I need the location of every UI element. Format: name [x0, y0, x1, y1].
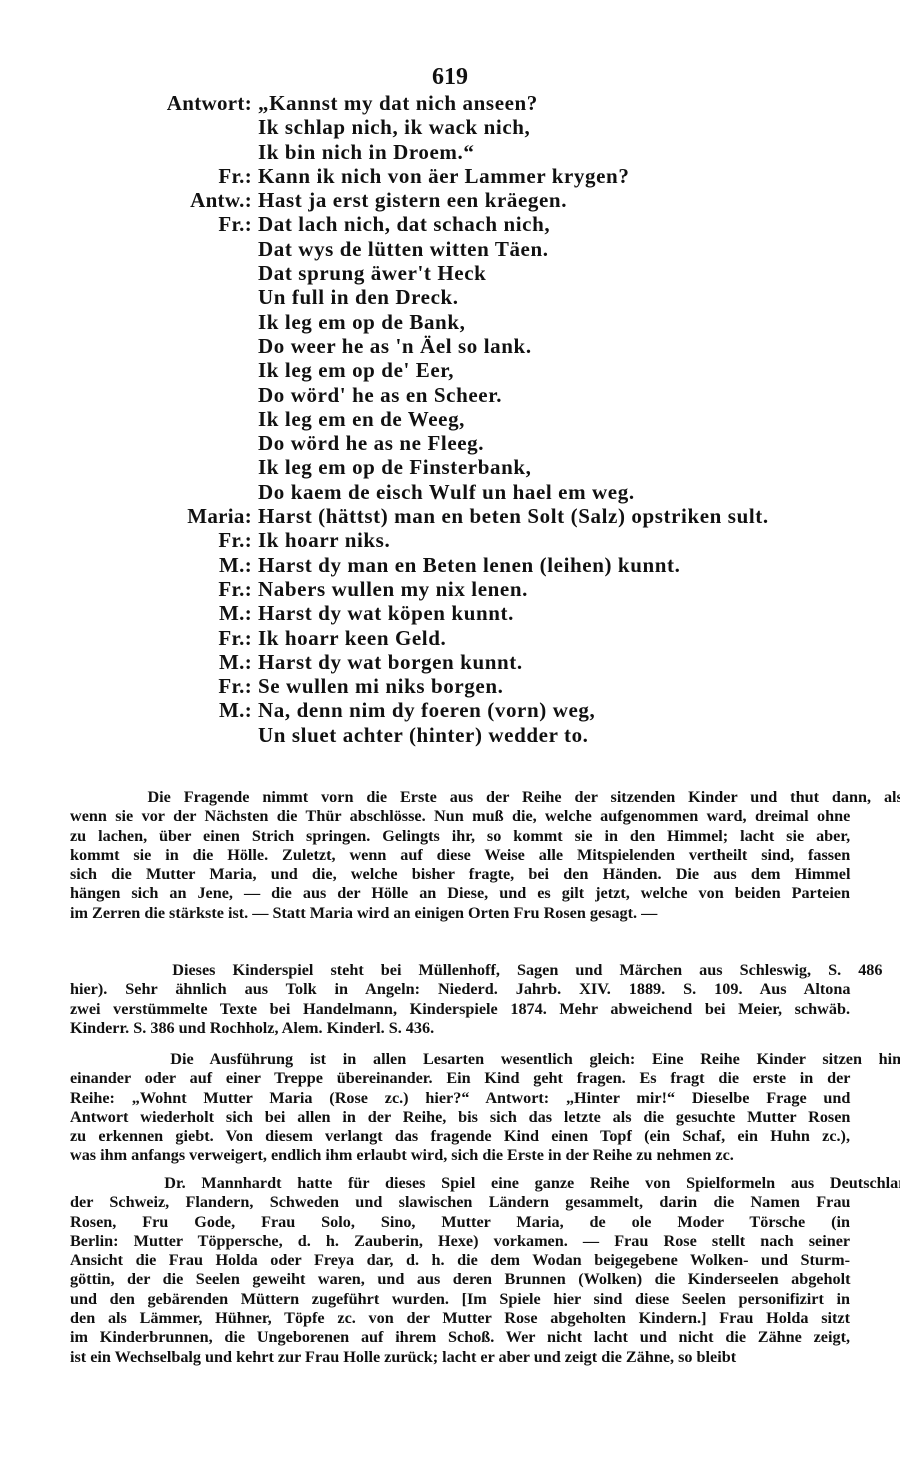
text-line: Reihe: „Wohnt Mutter Maria (Rose zc.) hi…	[70, 1089, 850, 1108]
verse-line: Dat wys de lütten witten Täen.	[0, 237, 900, 261]
verse-text: Ik hoarr keen Geld.	[258, 626, 446, 650]
verse-line: Ik leg em en de Weeg,	[0, 407, 900, 431]
verse-line: Antw.:Hast ja erst gistern een kräegen.	[0, 188, 900, 212]
text-line: was ihm anfangs verweigert, endlich ihm …	[70, 1146, 850, 1165]
text-line: Kinderr. S. 386 und Rochholz, Alem. Kind…	[70, 1019, 850, 1038]
text-line: einander oder auf einer Treppe übereinan…	[70, 1069, 850, 1088]
verse-text: Do wörd' he as en Scheer.	[258, 383, 502, 407]
text-line: zu erkennen giebt. Von diesem verlangt d…	[70, 1127, 850, 1146]
verse-text: Ik hoarr niks.	[258, 528, 390, 552]
text-line: Ansicht die Frau Holda oder Freya dar, d…	[70, 1251, 850, 1270]
paragraph-game-description: Die Fragende nimmt vorn die Erste aus de…	[70, 788, 850, 923]
speaker-label: Fr.:	[218, 212, 252, 236]
speaker-label: M.:	[219, 553, 252, 577]
verse-line: M.:Harst dy wat köpen kunnt.	[0, 601, 900, 625]
verse-text: Na, denn nim dy foeren (vorn) weg,	[258, 698, 595, 722]
text-line: den als Lämmer, Hühner, Töpfe zc. von de…	[70, 1309, 850, 1328]
speaker-label: Fr.:	[218, 528, 252, 552]
text-line: kommt sie in die Hölle. Zuletzt, wenn au…	[70, 846, 850, 865]
text-line: göttin, der die Seelen geweiht waren, un…	[70, 1270, 850, 1289]
verse-line: Fr.:Ik hoarr keen Geld.	[0, 626, 900, 650]
verse-line: Un full in den Dreck.	[0, 285, 900, 309]
verse-line: Ik bin nich in Droem.“	[0, 140, 900, 164]
verse-text: Dat wys de lütten witten Täen.	[258, 237, 549, 261]
speaker-label: M.:	[219, 650, 252, 674]
text-line: Berlin: Mutter Töppersche, d. h. Zauberi…	[70, 1232, 850, 1251]
verse-line: Do weer he as 'n Äel so lank.	[0, 334, 900, 358]
text-line: im Zerren die stärkste ist. — Statt Mari…	[70, 904, 850, 923]
verse-line: Antwort:„Kannst my dat nich anseen?	[0, 91, 900, 115]
text-line: hängen sich an Jene, — die aus der Hölle…	[70, 884, 850, 903]
page-number: 619	[0, 64, 900, 91]
verse-line: Un sluet achter (hinter) wedder to.	[0, 723, 900, 747]
text-line: Dr. Mannhardt hatte für dieses Spiel ein…	[70, 1174, 850, 1193]
text-line: zwei verstümmelte Texte bei Handelmann, …	[70, 1000, 850, 1019]
paragraph-execution: Die Ausführung ist in allen Lesarten wes…	[70, 1050, 850, 1166]
verse-line: M.:Na, denn nim dy foeren (vorn) weg,	[0, 698, 900, 722]
text-line: Dieses Kinderspiel steht bei Müllenhoff,…	[70, 961, 850, 980]
verse-text: Un sluet achter (hinter) wedder to.	[258, 723, 589, 747]
verse-text: Ik leg em op de' Eer,	[258, 358, 454, 382]
verse-text: Hast ja erst gistern een kräegen.	[258, 188, 567, 212]
verse-text: Ik schlap nich, ik wack nich,	[258, 115, 530, 139]
speaker-label: Maria:	[187, 504, 252, 528]
text-line: und den gebärenden Müttern zugeführt wur…	[70, 1290, 850, 1309]
verse-text: Harst dy man en Beten lenen (leihen) kun…	[258, 553, 681, 577]
speaker-label: Fr.:	[218, 577, 252, 601]
text-line: der Schweiz, Flandern, Schweden und slaw…	[70, 1193, 850, 1212]
verse-line: Fr.:Nabers wullen my nix lenen.	[0, 577, 900, 601]
speaker-label: Antwort:	[167, 91, 252, 115]
verse-line: Ik leg em op de Finsterbank,	[0, 455, 900, 479]
verse-text: „Kannst my dat nich anseen?	[258, 91, 538, 115]
text-line: sich die Mutter Maria, und die, welche b…	[70, 865, 850, 884]
text-line: wenn sie vor der Nächsten die Thür absch…	[70, 807, 850, 826]
verse-line: Do wörd he as ne Fleeg.	[0, 431, 900, 455]
speaker-label: M.:	[219, 601, 252, 625]
speaker-label: Fr.:	[218, 626, 252, 650]
verse-text: Dat sprung äwer't Heck	[258, 261, 486, 285]
verse-text: Harst dy wat borgen kunnt.	[258, 650, 523, 674]
dialogue-verse: Antwort:„Kannst my dat nich anseen?Ik sc…	[0, 91, 900, 747]
verse-line: Fr.:Kann ik nich von äer Lammer krygen?	[0, 164, 900, 188]
verse-line: Fr.:Dat lach nich, dat schach nich,	[0, 212, 900, 236]
verse-line: Dat sprung äwer't Heck	[0, 261, 900, 285]
verse-line: Ik leg em op de' Eer,	[0, 358, 900, 382]
verse-line: Fr.:Se wullen mi niks borgen.	[0, 674, 900, 698]
text-line: Rosen, Fru Gode, Frau Solo, Sino, Mutter…	[70, 1213, 850, 1232]
text-line: zu lachen, über einen Strich springen. G…	[70, 827, 850, 846]
verse-line: M.:Harst dy wat borgen kunnt.	[0, 650, 900, 674]
verse-text: Dat lach nich, dat schach nich,	[258, 212, 550, 236]
paragraph-sources: Dieses Kinderspiel steht bei Müllenhoff,…	[70, 961, 850, 1038]
verse-line: Ik leg em op de Bank,	[0, 310, 900, 334]
verse-text: Nabers wullen my nix lenen.	[258, 577, 528, 601]
verse-text: Kann ik nich von äer Lammer krygen?	[258, 164, 629, 188]
speaker-label: Fr.:	[218, 674, 252, 698]
verse-line: M.:Harst dy man en Beten lenen (leihen) …	[0, 553, 900, 577]
text-line: Die Fragende nimmt vorn die Erste aus de…	[70, 788, 850, 807]
verse-text: Ik bin nich in Droem.“	[258, 140, 474, 164]
verse-text: Un full in den Dreck.	[258, 285, 459, 309]
verse-text: Do wörd he as ne Fleeg.	[258, 431, 484, 455]
speaker-label: M.:	[219, 698, 252, 722]
verse-line: Fr.:Ik hoarr niks.	[0, 528, 900, 552]
text-line: im Kinderbrunnen, die Ungeborenen auf ih…	[70, 1328, 850, 1347]
verse-line: Do kaem de eisch Wulf un hael em weg.	[0, 480, 900, 504]
verse-line: Do wörd' he as en Scheer.	[0, 383, 900, 407]
verse-text: Ik leg em op de Bank,	[258, 310, 465, 334]
verse-text: Harst (hättst) man en beten Solt (Salz) …	[258, 504, 769, 528]
speaker-label: Fr.:	[218, 164, 252, 188]
paragraph-mannhardt: Dr. Mannhardt hatte für dieses Spiel ein…	[70, 1174, 850, 1367]
text-line: Die Ausführung ist in allen Lesarten wes…	[70, 1050, 850, 1069]
verse-line: Maria:Harst (hättst) man en beten Solt (…	[0, 504, 900, 528]
text-line: hier). Sehr ähnlich aus Tolk in Angeln: …	[70, 980, 850, 999]
text-line: Antwort wiederholt sich bei allen in der…	[70, 1108, 850, 1127]
verse-line: Ik schlap nich, ik wack nich,	[0, 115, 900, 139]
verse-text: Harst dy wat köpen kunnt.	[258, 601, 514, 625]
verse-text: Do kaem de eisch Wulf un hael em weg.	[258, 480, 635, 504]
text-line: ist ein Wechselbalg und kehrt zur Frau H…	[70, 1348, 850, 1367]
verse-text: Ik leg em op de Finsterbank,	[258, 455, 532, 479]
verse-text: Ik leg em en de Weeg,	[258, 407, 465, 431]
verse-text: Do weer he as 'n Äel so lank.	[258, 334, 532, 358]
verse-text: Se wullen mi niks borgen.	[258, 674, 503, 698]
speaker-label: Antw.:	[190, 188, 252, 212]
